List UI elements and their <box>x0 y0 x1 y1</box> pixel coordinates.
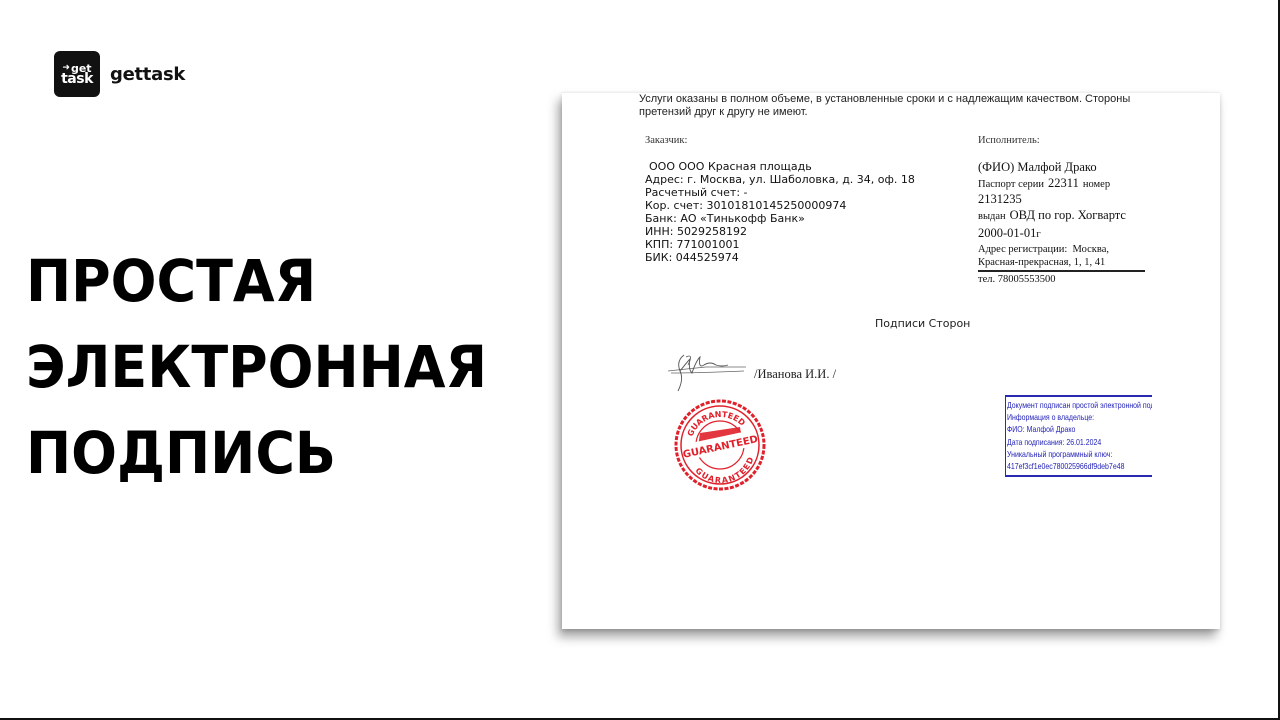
headline-line-1: ПРОСТАЯ <box>26 238 487 324</box>
electronic-signature-box: Документ подписан простой электронной по… <box>1005 395 1152 477</box>
issued-prefix: выдан <box>978 211 1006 222</box>
customer-company: ООО ООО Красная площадь <box>645 160 915 173</box>
passport-number-label: номер <box>1083 179 1110 190</box>
signatures-title: Подписи Сторон <box>875 317 970 330</box>
address-city: Москва, <box>1073 244 1109 255</box>
address-street: Красная-прекрасная, 1, 1, 41 <box>978 256 1145 272</box>
customer-inn: ИНН: 5029258192 <box>645 225 915 238</box>
logo-text-bottom: task <box>61 74 93 85</box>
esign-date: Дата подписания: 26.01.2024 <box>1007 436 1126 448</box>
customer-details: ООО ООО Красная площадь Адрес: г. Москва… <box>645 160 915 264</box>
customer-bik: БИК: 044525974 <box>645 251 915 264</box>
customer-address: Адрес: г. Москва, ул. Шаболовка, д. 34, … <box>645 173 915 186</box>
passport-series: 22311 <box>1048 176 1079 190</box>
signer-name: /Иванова И.И. / <box>754 367 836 382</box>
customer-kpp: КПП: 771001001 <box>645 238 915 251</box>
issued-date: 2000-01-01 <box>978 226 1036 240</box>
issued-date-suffix: г <box>1036 229 1040 240</box>
brand-name: gettask <box>110 64 185 85</box>
passport-number: 2131235 <box>978 192 1148 206</box>
guaranteed-stamp-icon: GUARANTEED GUARANTEED GUARANTEED <box>670 397 770 493</box>
customer-label: Заказчик: <box>645 135 687 146</box>
customer-account: Расчетный счет: - <box>645 186 915 199</box>
headline-line-3: ПОДПИСЬ <box>26 410 487 496</box>
executor-label: Исполнитель: <box>978 135 1040 146</box>
document-page: Услуги оказаны в полном объеме, в устано… <box>562 92 1220 629</box>
passport-prefix: Паспорт серии <box>978 179 1044 190</box>
esign-owner-label: Информация о владельце: <box>1007 411 1126 423</box>
handwritten-signature-icon <box>666 351 748 395</box>
brand: ➜get task gettask <box>54 51 185 97</box>
esign-key: 417ef3cf1e0ec780025966df9deb7e48 <box>1007 460 1126 472</box>
esign-key-label: Уникальный программный ключ: <box>1007 448 1126 460</box>
executor-details: (ФИО) Малфой Драко Паспорт серии 22311 н… <box>978 160 1148 285</box>
issued-by: ОВД по гор. Хогвартс <box>1010 208 1126 222</box>
customer-bank: Банк: АО «Тинькофф Банк» <box>645 212 915 225</box>
executor-name: (ФИО) Малфой Драко <box>978 160 1148 174</box>
gettask-logo-icon: ➜get task <box>54 51 100 97</box>
esign-owner-name: ФИО: Малфой Драко <box>1007 423 1126 435</box>
document-intro: Услуги оказаны в полном объеме, в устано… <box>639 93 1159 119</box>
executor-phone: тел. 78005553500 <box>978 274 1148 285</box>
svg-text:GUARANTEED: GUARANTEED <box>692 454 759 491</box>
headline-line-2: ЭЛЕКТРОННАЯ <box>26 324 487 410</box>
headline: ПРОСТАЯ ЭЛЕКТРОННАЯ ПОДПИСЬ <box>26 238 487 496</box>
address-label: Адрес регистрации: <box>978 244 1067 255</box>
customer-corr-account: Кор. счет: 30101810145250000974 <box>645 199 915 212</box>
esign-title: Документ подписан простой электронной по… <box>1007 399 1126 411</box>
